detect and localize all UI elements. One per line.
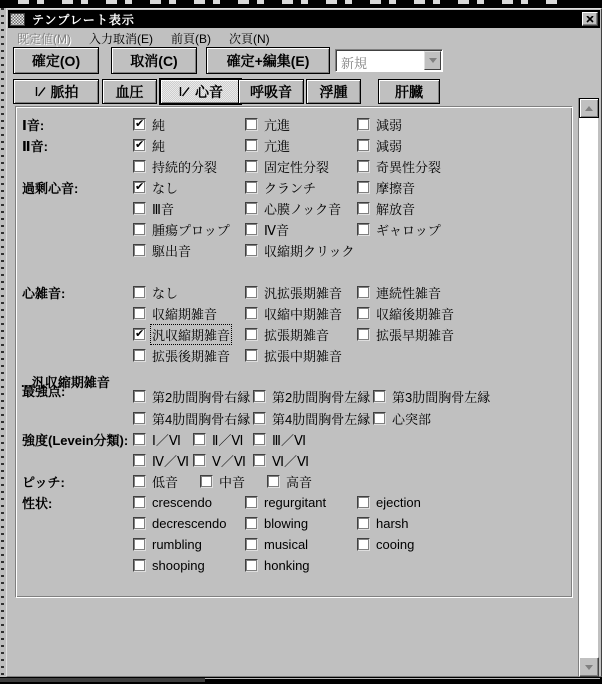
checkbox-box[interactable] (193, 433, 206, 446)
checkbox-box[interactable] (133, 433, 146, 446)
form-row: 駆出音 収縮期クリック (16, 240, 572, 261)
background-window-sliver-top (0, 0, 602, 8)
checkbox-option[interactable]: 心突部 (373, 409, 493, 428)
row-label: Ⅱ音: (16, 136, 133, 155)
checkbox-box[interactable] (245, 223, 258, 236)
window-title: テンプレート表示 (32, 11, 135, 28)
vertical-scrollbar[interactable] (578, 98, 598, 677)
checkbox-box[interactable] (133, 181, 146, 194)
modified-check-icon (178, 86, 191, 97)
checkbox-option[interactable]: Ⅱ／Ⅵ (193, 430, 253, 449)
checkbox-box[interactable] (253, 433, 266, 446)
chevron-down-icon (429, 58, 437, 63)
checkbox-box[interactable] (200, 475, 213, 488)
checkbox-option[interactable]: クランチ (245, 178, 357, 197)
row-label: 心雑音: (16, 283, 133, 302)
menu-item-default-values[interactable]: 既定値(M) (8, 28, 80, 49)
checkbox-option[interactable]: ギャロップ (357, 220, 469, 239)
checkbox-box[interactable] (373, 390, 386, 403)
form-row: 第4肋間胸骨右縁 第4肋間胸骨左縁 心突部 (16, 408, 572, 429)
row-label: 過剰心音: (16, 178, 133, 197)
checkbox-option[interactable]: 奇異性分裂 (357, 157, 469, 176)
checkbox-box[interactable] (133, 139, 146, 152)
scroll-down-button[interactable] (579, 657, 599, 677)
form-row-quality: 性状: crescendo regurgitant ejection (16, 492, 572, 513)
tab-label: 浮腫 (320, 82, 348, 102)
checkbox-box[interactable] (357, 202, 370, 215)
checkbox-box[interactable] (245, 496, 258, 509)
checkbox-option[interactable]: crescendo (133, 495, 245, 510)
checkbox-option[interactable]: musical (245, 537, 357, 552)
row-label: Ⅰ音: (16, 115, 133, 134)
tab-heart-sound[interactable]: 心音 (160, 79, 241, 104)
checkbox-box[interactable] (357, 118, 370, 131)
checkbox-box[interactable] (133, 286, 146, 299)
tab-label: 心音 (195, 82, 223, 102)
row-label: 強度(Levein分類): (16, 430, 133, 449)
checkbox-box[interactable] (193, 454, 206, 467)
confirm-button[interactable]: 確定(O) (13, 47, 99, 74)
checkbox-option[interactable]: 第3肋間胸骨左縁 (373, 387, 493, 406)
checkbox-box[interactable] (133, 160, 146, 173)
checkbox-option[interactable]: Ⅳ／Ⅵ (133, 451, 193, 470)
checkbox-option[interactable]: decrescendo (133, 516, 245, 531)
checkbox-option[interactable]: なし (133, 178, 245, 197)
checkbox-box[interactable] (245, 181, 258, 194)
checkbox-option[interactable]: 拡張期雑音 (245, 325, 357, 344)
form-row: rumbling musical cooing (16, 534, 572, 555)
checkbox-option[interactable]: Ⅲ音 (133, 199, 245, 218)
checkbox-box[interactable] (253, 390, 266, 403)
checkbox-option[interactable]: 高音 (267, 472, 334, 491)
checkbox-option[interactable]: 減弱 (357, 136, 469, 155)
checkbox-box[interactable] (245, 202, 258, 215)
checkbox-option[interactable]: 連続性雑音 (357, 283, 469, 302)
checkbox-box[interactable] (357, 286, 370, 299)
checkbox-option[interactable]: 解放音 (357, 199, 469, 218)
checkbox-box[interactable] (133, 454, 146, 467)
form-row: Ⅲ音 心膜ノック音 解放音 (16, 198, 572, 219)
scroll-up-button[interactable] (579, 98, 599, 118)
checkbox-option[interactable]: 中音 (200, 472, 267, 491)
checkbox-box[interactable] (357, 181, 370, 194)
checkbox-box[interactable] (357, 307, 370, 320)
form-row-split: 持続的分裂 固定性分裂 奇異性分裂 (16, 156, 572, 177)
checkbox-option[interactable]: Ⅲ／Ⅵ (253, 430, 313, 449)
checkbox-box[interactable] (133, 475, 146, 488)
chevron-up-icon (585, 106, 593, 111)
checkbox-option[interactable]: 拡張早期雑音 (357, 325, 469, 344)
checkbox-box[interactable] (133, 307, 146, 320)
chevron-down-icon (585, 665, 593, 670)
checkbox-option[interactable]: honking (245, 558, 357, 573)
checkbox-option[interactable]: なし (133, 283, 245, 302)
checkbox-option[interactable]: 収縮後期雑音 (357, 304, 469, 323)
category-tabs: 脈拍 血圧 心音 呼吸音 浮腫 肝臓 (7, 79, 601, 105)
form-row: shooping honking (16, 555, 572, 576)
checkbox-box[interactable] (133, 496, 146, 509)
checkbox-option[interactable]: 第4肋間胸骨左縁 (253, 409, 373, 428)
checkbox-box[interactable] (133, 390, 146, 403)
tab-pulse[interactable]: 脈拍 (13, 79, 99, 104)
checkbox-box[interactable] (245, 559, 258, 572)
checkbox-box[interactable] (133, 328, 146, 341)
checkbox-option[interactable]: 腫瘍プロップ (133, 220, 245, 239)
app-icon (10, 13, 25, 26)
checkbox-option[interactable]: 第2肋間胸骨右縁 (133, 387, 253, 406)
cancel-button[interactable]: 取消(C) (111, 47, 197, 74)
checkbox-box[interactable] (245, 118, 258, 131)
close-button[interactable] (582, 12, 598, 26)
template-display-dialog: テンプレート表示 既定値(M) 入力取消(E) 前頁(B) 次頁(N) 確定(O… (6, 8, 602, 677)
checkbox-box[interactable] (133, 538, 146, 551)
checkbox-box[interactable] (357, 328, 370, 341)
checkbox-option[interactable]: 純 (133, 136, 245, 155)
checkbox-option[interactable]: 収縮中期雑音 (245, 304, 357, 323)
menu-item-next-page[interactable]: 次頁(N) (220, 28, 279, 49)
checkbox-option[interactable]: 摩擦音 (357, 178, 469, 197)
checkbox-box[interactable] (133, 202, 146, 215)
checkbox-option[interactable]: 収縮期クリック (245, 241, 357, 260)
checkbox-box[interactable] (245, 307, 258, 320)
checkbox-option[interactable]: 第2肋間胸骨左縁 (253, 387, 373, 406)
checkbox-box[interactable] (245, 328, 258, 341)
checkbox-option[interactable]: 純 (133, 115, 245, 134)
checkbox-box[interactable] (357, 139, 370, 152)
checkbox-option[interactable]: Ⅳ音 (245, 220, 357, 239)
form-row: decrescendo blowing harsh (16, 513, 572, 534)
checkbox-option[interactable]: 低音 (133, 472, 200, 491)
combobox-value: 新規 (341, 53, 367, 72)
checkbox-option[interactable]: 収縮期雑音 (133, 304, 245, 323)
form-row-pansystolic: 汎収縮期雑音 拡張期雑音 拡張早期雑音 (16, 324, 572, 345)
tab-respiratory-sound[interactable]: 呼吸音 (238, 79, 304, 104)
checkbox-option[interactable]: cooing (357, 537, 469, 552)
tab-label: 脈拍 (51, 82, 79, 102)
checkbox-box[interactable] (357, 538, 370, 551)
checkbox-option[interactable]: 汎拡張期雑音 (245, 283, 357, 302)
tab-label: 呼吸音 (250, 82, 292, 102)
heart-sound-form: Ⅰ音: 純 亢進 減弱 Ⅱ音: 純 亢進 減弱 持続的分裂 固定性分裂 奇異性分… (15, 106, 573, 598)
checkbox-box[interactable] (133, 412, 146, 425)
checkbox-box[interactable] (133, 118, 146, 131)
tab-blood-pressure[interactable]: 血圧 (102, 79, 157, 104)
checkbox-box[interactable] (245, 139, 258, 152)
checkbox-box[interactable] (133, 244, 146, 257)
checkbox-box[interactable] (133, 517, 146, 530)
checkbox-box[interactable] (253, 454, 266, 467)
checkbox-option[interactable]: shooping (133, 558, 245, 573)
form-row: 収縮期雑音 収縮中期雑音 収縮後期雑音 (16, 303, 572, 324)
checkbox-option[interactable]: 持続的分裂 (133, 157, 245, 176)
spacer (16, 261, 572, 282)
checkbox-option[interactable]: 固定性分裂 (245, 157, 357, 176)
checkbox-option[interactable]: rumbling (133, 537, 245, 552)
checkbox-box[interactable] (133, 349, 146, 362)
tab-edema[interactable]: 浮腫 (306, 79, 361, 104)
close-icon (586, 16, 594, 23)
form-row-levine: 強度(Levein分類): Ⅰ／Ⅵ Ⅱ／Ⅵ Ⅲ／Ⅵ (16, 429, 572, 450)
checkbox-box[interactable] (245, 286, 258, 299)
template-combobox[interactable]: 新規 (335, 49, 443, 72)
checkbox-option[interactable]: 減弱 (357, 115, 469, 134)
checkbox-box[interactable] (133, 223, 146, 236)
checkbox-box[interactable] (245, 160, 258, 173)
checkbox-box[interactable] (245, 517, 258, 530)
menu-item-input-cancel[interactable]: 入力取消(E) (80, 28, 162, 49)
checkbox-box[interactable] (133, 559, 146, 572)
checkbox-box[interactable] (373, 412, 386, 425)
checkbox-option[interactable]: Ⅰ／Ⅵ (133, 430, 193, 449)
modified-check-icon (34, 86, 47, 97)
checkbox-box[interactable] (245, 349, 258, 362)
row-label: 性状: (16, 493, 133, 512)
checkbox-option[interactable]: blowing (245, 516, 357, 531)
checkbox-box[interactable] (245, 244, 258, 257)
checkbox-option[interactable]: regurgitant (245, 495, 357, 510)
combobox-dropdown-button[interactable] (424, 51, 441, 70)
form-row: Ⅳ／Ⅵ Ⅴ／Ⅵ Ⅵ／Ⅵ (16, 450, 572, 471)
tab-liver[interactable]: 肝臓 (378, 79, 440, 104)
menu-item-prev-page[interactable]: 前頁(B) (162, 28, 220, 49)
form-row-s1: Ⅰ音: 純 亢進 減弱 (16, 114, 572, 135)
checkbox-box[interactable] (253, 412, 266, 425)
checkbox-option[interactable]: 駆出音 (133, 241, 245, 260)
checkbox-box[interactable] (245, 538, 258, 551)
title-bar[interactable]: テンプレート表示 (8, 10, 600, 28)
checkbox-option[interactable]: 亢進 (245, 115, 357, 134)
checkbox-option[interactable]: harsh (357, 516, 469, 531)
form-row: 拡張後期雑音 拡張中期雑音 (16, 345, 572, 366)
form-row-s2: Ⅱ音: 純 亢進 減弱 (16, 135, 572, 156)
checkbox-option[interactable]: ejection (357, 495, 469, 510)
checkbox-box[interactable] (357, 517, 370, 530)
form-row-murmur: 心雑音: なし 汎拡張期雑音 連続性雑音 (16, 282, 572, 303)
confirm-edit-button[interactable]: 確定+編集(E) (206, 47, 330, 74)
row-label: 最強点: (16, 381, 133, 400)
tab-label: 肝臓 (395, 82, 423, 102)
form-row-extra-sounds: 過剰心音: なし クランチ 摩擦音 (16, 177, 572, 198)
checkbox-option[interactable]: 心膜ノック音 (245, 199, 357, 218)
checkbox-option[interactable]: Ⅴ／Ⅵ (193, 451, 253, 470)
form-row-pitch: ピッチ: 低音 中音 高音 (16, 471, 572, 492)
form-row-max-point: 最強点: 第2肋間胸骨右縁 第2肋間胸骨左縁 第3肋間胸骨左縁 (16, 387, 572, 408)
form-row: 腫瘍プロップ Ⅳ音 ギャロップ (16, 219, 572, 240)
checkbox-box[interactable] (357, 223, 370, 236)
checkbox-option[interactable]: 汎収縮期雑音 (133, 325, 245, 344)
checkbox-option[interactable]: 第4肋間胸骨右縁 (133, 409, 253, 428)
menu-bar: 既定値(M) 入力取消(E) 前頁(B) 次頁(N) (8, 29, 600, 47)
checkbox-option[interactable]: Ⅵ／Ⅵ (253, 451, 313, 470)
tab-label: 血圧 (116, 82, 144, 102)
checkbox-box[interactable] (357, 160, 370, 173)
background-window-sliver-bottom (0, 677, 602, 684)
checkbox-option[interactable]: 拡張中期雑音 (245, 346, 357, 365)
checkbox-option[interactable]: 拡張後期雑音 (133, 346, 245, 365)
checkbox-option[interactable]: 亢進 (245, 136, 357, 155)
row-label: ピッチ: (16, 472, 133, 491)
checkbox-box[interactable] (357, 496, 370, 509)
checkbox-box[interactable] (267, 475, 280, 488)
